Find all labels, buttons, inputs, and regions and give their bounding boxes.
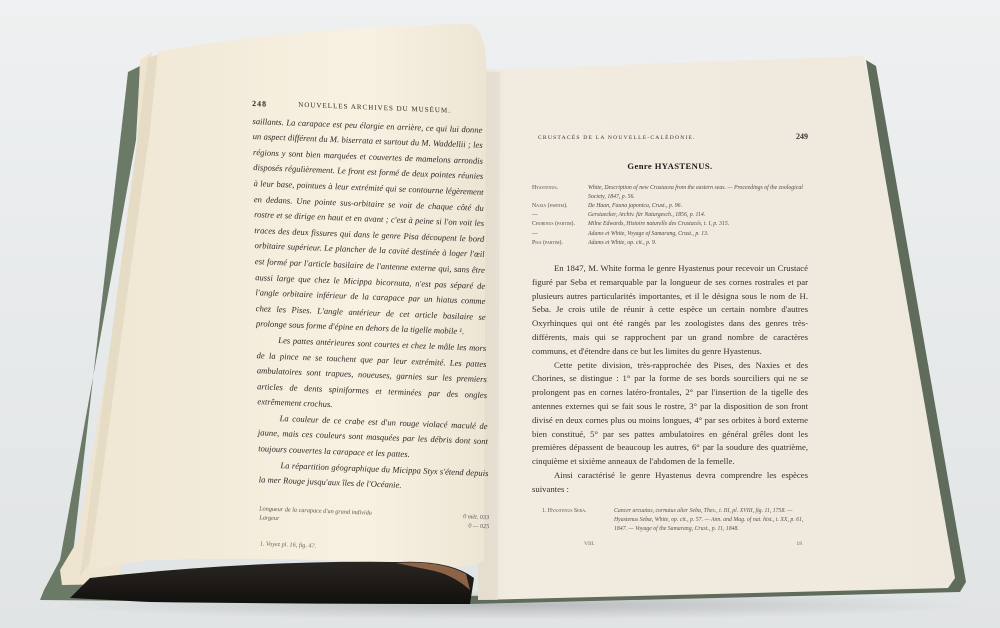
synonymy-row: Naxia (partim).De Haan, Fauna japonica, … — [532, 202, 808, 211]
gathering-number: 18 — [796, 538, 802, 552]
synonymy-list: Hyastenus.White, Description of new Crus… — [532, 184, 808, 248]
measurements-table: Longueur de la carapace d'un grand indiv… — [259, 504, 489, 531]
right-running-header: CRUSTACÉS DE LA NOUVELLE-CALÉDONIE. 249 — [532, 130, 808, 146]
right-paragraph: Ainsi caractérisé le genre Hyastenus dev… — [532, 469, 808, 497]
synonymy-row: —Adams et White, Voyage of Samarang, Cru… — [532, 230, 808, 239]
right-page-number: 249 — [796, 130, 808, 144]
left-paragraph: La couleur de ce crabe est d'un rouge vi… — [257, 410, 488, 466]
left-page-number: 248 — [252, 96, 267, 112]
synonymy-row: —Gerstaecker, Archiv. für Naturgesch., 1… — [532, 211, 808, 220]
page-curl-shadow — [70, 562, 474, 604]
left-page-text: 248 NOUVELLES ARCHIVES DU MUSÉUM. sailla… — [252, 96, 490, 561]
right-page-footer: VIII. 18 — [532, 538, 808, 552]
right-running-head: CRUSTACÉS DE LA NOUVELLE-CALÉDONIE. — [538, 132, 696, 146]
right-paragraph: Cette petite division, très-rapprochée d… — [532, 359, 808, 469]
right-paragraph: En 1847, M. White forma le genre Hyasten… — [532, 262, 808, 359]
open-book — [0, 0, 1000, 628]
species-entry: 1. Hyastenus Seba. Cancer arcuatus, corn… — [532, 507, 808, 534]
signature-mark: VIII. — [584, 538, 595, 552]
photo-scene: 248 NOUVELLES ARCHIVES DU MUSÉUM. sailla… — [0, 0, 1000, 628]
synonymy-row: Chorinus (partim).Milne Edwards, Histoir… — [532, 220, 808, 229]
left-paragraph: Les pattes antérieures sont courtes et c… — [256, 332, 487, 419]
left-paragraph: saillants. La carapace est peu élargie e… — [252, 114, 486, 341]
genus-heading: Genre HYASTENUS. — [532, 160, 808, 174]
synonymy-row: Hyastenus.White, Description of new Crus… — [532, 184, 808, 202]
right-page-text: CRUSTACÉS DE LA NOUVELLE-CALÉDONIE. 249 … — [532, 130, 808, 551]
synonymy-row: Pisa (partim).Adams et White, op. cit., … — [532, 239, 808, 248]
